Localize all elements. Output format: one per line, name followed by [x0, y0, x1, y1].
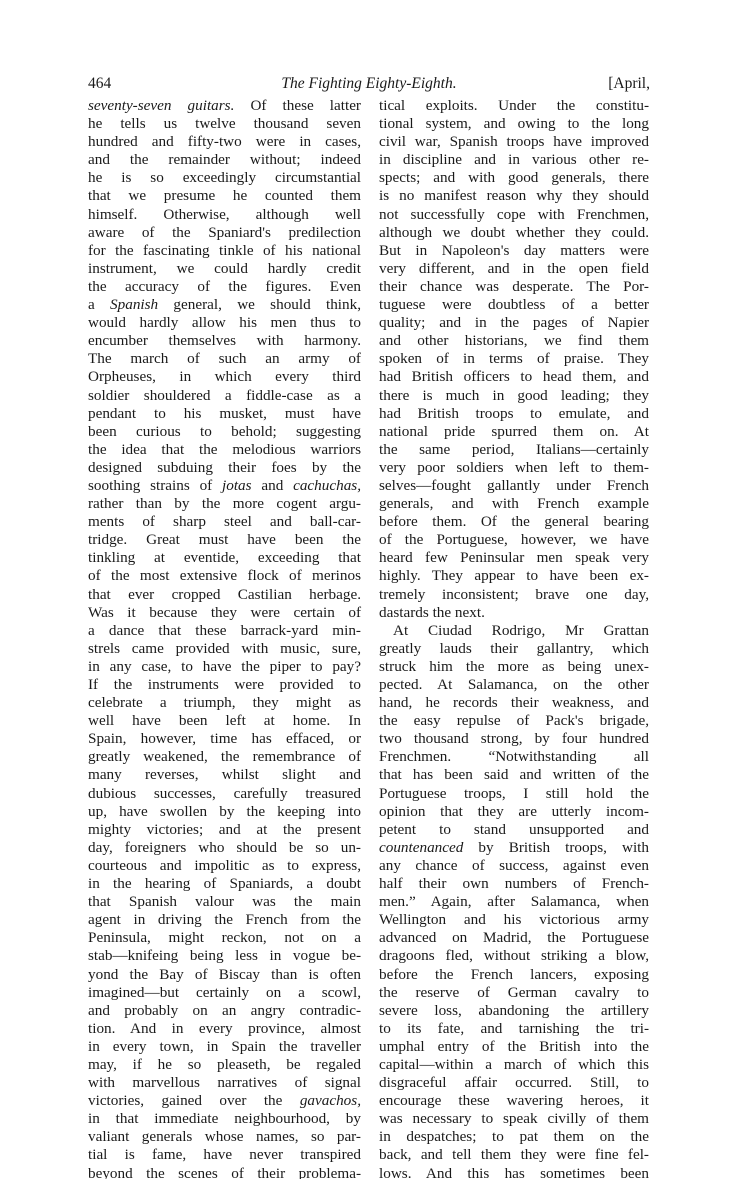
italic-text: countenanced — [379, 839, 463, 856]
text-line: before the French lancers, exposing — [379, 966, 649, 984]
text-segment: greatly lauds their gallantry, which — [379, 640, 649, 657]
text-segment: tremely inconsistent; brave one day, — [379, 586, 649, 603]
text-segment: stab—knifeing being less in vogue be- — [88, 947, 361, 964]
text-segment: before the French lancers, exposing — [379, 966, 649, 983]
text-segment: in despatches; to pat them on the — [379, 1128, 649, 1145]
text-line: stab—knifeing being less in vogue be- — [88, 947, 361, 965]
text-segment: men.” Again, after Salamanca, when — [379, 893, 649, 910]
text-line: before them. Of the general bearing — [379, 513, 649, 531]
text-segment: highly. They appear to have been ex- — [379, 567, 649, 584]
text-segment: victories, gained over the — [88, 1092, 300, 1109]
text-line: valiant generals whose names, so par- — [88, 1128, 361, 1146]
text-line: victories, gained over the gavachos, — [88, 1092, 361, 1110]
text-segment: day, foreigners who should be so un- — [88, 839, 361, 856]
text-line: very poor soldiers when left to them- — [379, 459, 649, 477]
text-line: hundred and fifty-two were in cases, — [88, 133, 361, 151]
text-line: that ever cropped Castilian herbage. — [88, 586, 361, 604]
running-title: The Fighting Eighty-Eighth. — [88, 75, 650, 93]
text-segment: that ever cropped Castilian herbage. — [88, 586, 361, 603]
text-segment: advanced on Madrid, the Portuguese — [379, 929, 649, 946]
text-segment: designed subduing their foes by the — [88, 459, 361, 476]
text-segment: before them. Of the general bearing — [379, 513, 649, 530]
text-segment: and the remainder without; indeed — [88, 151, 361, 168]
text-segment: But in Napoleon's day matters were — [379, 242, 649, 259]
text-segment: in discipline and in various other re- — [379, 151, 649, 168]
italic-text: gavachos, — [300, 1092, 361, 1109]
text-line: their chance was desperate. The Por- — [379, 278, 649, 296]
text-segment: rather than by the more cogent argu- — [88, 495, 361, 512]
text-line: opinion that they are utterly incom- — [379, 803, 649, 821]
text-segment: well have been left at home. In — [88, 712, 361, 729]
text-segment: pected. At Salamanca, on the other — [379, 676, 649, 693]
text-segment: spects; and with good generals, there — [379, 169, 649, 186]
text-line: there is much in good leading; they — [379, 387, 649, 405]
text-segment: courteous and impolitic as to express, — [88, 857, 361, 874]
text-line: and other historians, we find them — [379, 332, 649, 350]
text-line: would hardly allow his men thus to — [88, 314, 361, 332]
text-segment: umphal entry of the British into the — [379, 1038, 649, 1055]
text-segment: not successfully cope with Frenchmen, — [379, 206, 649, 223]
text-segment: dragoons fled, without striking a blow, — [379, 947, 649, 964]
text-line: he tells us twelve thousand seven — [88, 115, 361, 133]
text-segment: there is much in good leading; they — [379, 387, 649, 404]
text-segment: petent to stand unsupported and — [379, 821, 649, 838]
text-line: rather than by the more cogent argu- — [88, 495, 361, 513]
text-line: well have been left at home. In — [88, 712, 361, 730]
text-segment: severe loss, abandoning the artillery — [379, 1002, 649, 1019]
text-line: any chance of success, against even — [379, 857, 649, 875]
text-line: But in Napoleon's day matters were — [379, 242, 649, 260]
text-segment: may, if he so pleaseth, be regaled — [88, 1056, 361, 1073]
text-line: although we doubt whether they could. — [379, 224, 649, 242]
text-line: tremely inconsistent; brave one day, — [379, 586, 649, 604]
text-segment: been curious to behold; suggesting — [88, 423, 361, 440]
text-line: a dance that these barrack-yard min- — [88, 622, 361, 640]
text-segment: tional system, and owing to the long — [379, 115, 649, 132]
text-line: not successfully cope with Frenchmen, — [379, 206, 649, 224]
text-line: tical exploits. Under the constitu- — [379, 97, 649, 115]
text-line: a Spanish general, we should think, — [88, 296, 361, 314]
text-segment: aware of the Spaniard's predilection — [88, 224, 361, 241]
text-line: encourage these wavering heroes, it — [379, 1092, 649, 1110]
text-segment: If the instruments were provided to — [88, 676, 361, 693]
text-segment: had British officers to head them, and — [379, 368, 649, 385]
text-line: the accuracy of the figures. Even — [88, 278, 361, 296]
text-segment: pendant to his musket, must have — [88, 405, 361, 422]
text-segment: of the Portuguese, however, we have — [379, 531, 649, 548]
text-line: and the remainder without; indeed — [88, 151, 361, 169]
text-segment: tinkling at eventide, exceeding that — [88, 549, 361, 566]
text-segment: disgraceful affair occurred. Still, to — [379, 1074, 649, 1091]
text-line: petent to stand unsupported and — [379, 821, 649, 839]
text-line: Peninsula, might reckon, not on a — [88, 929, 361, 947]
text-segment: selves—fought gallantly under French — [379, 477, 649, 494]
italic-text: cachuchas, — [293, 477, 361, 494]
text-segment: yond the Bay of Biscay than is often — [88, 966, 361, 983]
text-line: countenanced by British troops, with — [379, 839, 649, 857]
text-segment: that we presume he counted them — [88, 187, 361, 204]
text-segment: the idea that the melodious warriors — [88, 441, 361, 458]
text-line: advanced on Madrid, the Portuguese — [379, 929, 649, 947]
text-line: instrument, we could hardly credit — [88, 260, 361, 278]
text-segment: the same period, Italians—certainly — [379, 441, 649, 458]
text-line: civil war, Spanish troops have improved — [379, 133, 649, 151]
text-line: seventy-seven guitars. Of these latter — [88, 97, 361, 115]
text-line: may, if he so pleaseth, be regaled — [88, 1056, 361, 1074]
text-segment: capital—within a march of which this — [379, 1056, 649, 1073]
text-line: had British officers to head them, and — [379, 368, 649, 386]
text-line: tion. And in every province, almost — [88, 1020, 361, 1038]
text-line: tuguese were doubtless of a better — [379, 296, 649, 314]
text-line: lows. And this has sometimes been — [379, 1165, 649, 1179]
text-segment: in that immediate neighbourhood, by — [88, 1110, 361, 1127]
text-segment: he is so exceedingly circumstantial — [88, 169, 361, 186]
text-line: ments of sharp steel and ball-car- — [88, 513, 361, 531]
text-line: dragoons fled, without striking a blow, — [379, 947, 649, 965]
text-segment: lows. And this has sometimes been — [379, 1165, 649, 1179]
text-line: had British troops to emulate, and — [379, 405, 649, 423]
text-line: soldier shouldered a fiddle-case as a — [88, 387, 361, 405]
text-line: greatly lauds their gallantry, which — [379, 640, 649, 658]
text-segment: tion. And in every province, almost — [88, 1020, 361, 1037]
text-line: that Spanish valour was the main — [88, 893, 361, 911]
text-line: courteous and impolitic as to express, — [88, 857, 361, 875]
text-line: he is so exceedingly circumstantial — [88, 169, 361, 187]
text-line: that has been said and written of the — [379, 766, 649, 784]
text-segment: At Ciudad Rodrigo, Mr Grattan — [393, 622, 649, 639]
text-segment: although we doubt whether they could. — [379, 224, 649, 241]
text-segment: with marvellous narratives of signal — [88, 1074, 361, 1091]
text-segment: two thousand strong, by four hundred — [379, 730, 649, 747]
text-segment: struck him the more as being unex- — [379, 658, 649, 675]
text-line: severe loss, abandoning the artillery — [379, 1002, 649, 1020]
text-line: day, foreigners who should be so un- — [88, 839, 361, 857]
text-segment: heard few Peninsular men speak very — [379, 549, 649, 566]
text-line: designed subduing their foes by the — [88, 459, 361, 477]
text-line: dubious successes, carefully treasured — [88, 785, 361, 803]
italic-text: jotas — [222, 477, 252, 494]
text-line: highly. They appear to have been ex- — [379, 567, 649, 585]
text-segment: beyond the scenes of their problema- — [88, 1165, 361, 1179]
text-line: selves—fought gallantly under French — [379, 477, 649, 495]
text-line: up, have swollen by the keeping into — [88, 803, 361, 821]
text-segment: back, and tell them they were fine fel- — [379, 1146, 649, 1163]
text-segment: national pride spurred them on. At — [379, 423, 649, 440]
text-segment: of the most extensive flock of merinos — [88, 567, 361, 584]
text-line: generals, and with French example — [379, 495, 649, 513]
text-segment: spoken of in terms of praise. They — [379, 350, 649, 367]
text-segment: is no manifest reason why they should — [379, 187, 649, 204]
text-line: been curious to behold; suggesting — [88, 423, 361, 441]
text-segment: had British troops to emulate, and — [379, 405, 649, 422]
text-line: imagined—but certainly on a scowl, — [88, 984, 361, 1002]
text-line: half their own numbers of French- — [379, 875, 649, 893]
text-segment: valiant generals whose names, so par- — [88, 1128, 361, 1145]
document-page: The Fighting Eighty-Eighth. 464 [April, … — [0, 0, 750, 1179]
text-line: for the fascinating tinkle of his nation… — [88, 242, 361, 260]
text-segment: many reverses, whilst slight and — [88, 766, 361, 783]
text-segment: in every town, in Spain the traveller — [88, 1038, 361, 1055]
text-line: capital—within a march of which this — [379, 1056, 649, 1074]
text-line: umphal entry of the British into the — [379, 1038, 649, 1056]
text-segment: quality; and in the pages of Napier — [379, 314, 649, 331]
text-line: the same period, Italians—certainly — [379, 441, 649, 459]
text-segment: tial is fame, have never transpired — [88, 1146, 361, 1163]
text-line: disgraceful affair occurred. Still, to — [379, 1074, 649, 1092]
text-line: tridge. Great must have been the — [88, 531, 361, 549]
text-segment: Peninsula, might reckon, not on a — [88, 929, 361, 946]
text-segment: dubious successes, carefully treasured — [88, 785, 361, 802]
text-line: mighty victories; and at the present — [88, 821, 361, 839]
text-line: Was it because they were certain of — [88, 604, 361, 622]
text-segment: that has been said and written of the — [379, 766, 649, 783]
text-line: heard few Peninsular men speak very — [379, 549, 649, 567]
text-line: in that immediate neighbourhood, by — [88, 1110, 361, 1128]
text-line: soothing strains of jotas and cachuchas, — [88, 477, 361, 495]
text-line: of the most extensive flock of merinos — [88, 567, 361, 585]
text-line: himself. Otherwise, although well — [88, 206, 361, 224]
text-segment: to its fate, and tarnishing the tri- — [379, 1020, 649, 1037]
text-line: back, and tell them they were fine fel- — [379, 1146, 649, 1164]
text-line: hand, he records their weakness, and — [379, 694, 649, 712]
text-segment: ments of sharp steel and ball-car- — [88, 513, 361, 530]
text-line: quality; and in the pages of Napier — [379, 314, 649, 332]
text-segment: was necessary to speak civilly of them — [379, 1110, 649, 1127]
text-segment: tridge. Great must have been the — [88, 531, 361, 548]
left-text-column: seventy-seven guitars. Of these latterhe… — [88, 97, 361, 1179]
text-segment: a — [88, 296, 110, 313]
text-segment: in any case, to have the piper to pay? — [88, 658, 361, 675]
text-segment: Was it because they were certain of — [88, 604, 361, 621]
text-line: spoken of in terms of praise. They — [379, 350, 649, 368]
text-line: tial is fame, have never transpired — [88, 1146, 361, 1164]
text-line: the easy repulse of Pack's brigade, — [379, 712, 649, 730]
text-segment: The march of such an army of — [88, 350, 361, 367]
text-line: encumber themselves with harmony. — [88, 332, 361, 350]
text-line: was necessary to speak civilly of them — [379, 1110, 649, 1128]
text-segment: their chance was desperate. The Por- — [379, 278, 649, 295]
text-segment: Wellington and his victorious army — [379, 911, 649, 928]
text-line: the idea that the melodious warriors — [88, 441, 361, 459]
text-line: pected. At Salamanca, on the other — [379, 676, 649, 694]
text-segment: tuguese were doubtless of a better — [379, 296, 649, 313]
text-line: spects; and with good generals, there — [379, 169, 649, 187]
text-segment: soothing strains of — [88, 477, 222, 494]
text-line: greatly weakened, the remembrance of — [88, 748, 361, 766]
text-line: in despatches; to pat them on the — [379, 1128, 649, 1146]
italic-text: seventy-seven guitars. — [88, 97, 234, 114]
text-segment: tical exploits. Under the constitu- — [379, 97, 649, 114]
text-segment: and probably on an angry contradic- — [88, 1002, 361, 1019]
page-header: The Fighting Eighty-Eighth. 464 [April, — [88, 75, 650, 95]
text-line: very different, and in the open field — [379, 260, 649, 278]
text-line: agent in driving the French from the — [88, 911, 361, 929]
text-line: many reverses, whilst slight and — [88, 766, 361, 784]
text-line: The march of such an army of — [88, 350, 361, 368]
text-segment: he tells us twelve thousand seven — [88, 115, 361, 132]
italic-text: Spanish — [110, 296, 158, 313]
text-segment: a dance that these barrack-yard min- — [88, 622, 361, 639]
text-segment: celebrate a triumph, they might as — [88, 694, 361, 711]
text-segment: Spain, however, time has effaced, or — [88, 730, 361, 747]
text-segment: and other historians, we find them — [379, 332, 649, 349]
text-line: and probably on an angry contradic- — [88, 1002, 361, 1020]
text-line: tinkling at eventide, exceeding that — [88, 549, 361, 567]
text-segment: generals, and with French example — [379, 495, 649, 512]
text-line: Wellington and his victorious army — [379, 911, 649, 929]
text-segment: in the hearing of Spaniards, a doubt — [88, 875, 361, 892]
text-line: dastards the next. — [379, 604, 649, 622]
text-segment: soldier shouldered a fiddle-case as a — [88, 387, 361, 404]
text-line: Frenchmen. “Notwithstanding all — [379, 748, 649, 766]
text-line: with marvellous narratives of signal — [88, 1074, 361, 1092]
text-segment: encourage these wavering heroes, it — [379, 1092, 649, 1109]
text-line: in any case, to have the piper to pay? — [88, 658, 361, 676]
text-segment: very different, and in the open field — [379, 260, 649, 277]
text-line: tional system, and owing to the long — [379, 115, 649, 133]
text-segment: hundred and fifty-two were in cases, — [88, 133, 361, 150]
page-number: 464 — [88, 75, 111, 93]
text-segment: Frenchmen. “Notwithstanding all — [379, 748, 649, 765]
text-line: men.” Again, after Salamanca, when — [379, 893, 649, 911]
text-line: Spain, however, time has effaced, or — [88, 730, 361, 748]
text-segment: for the fascinating tinkle of his nation… — [88, 242, 361, 259]
right-text-column: tical exploits. Under the constitu-tiona… — [379, 97, 649, 1179]
text-line: in every town, in Spain the traveller — [88, 1038, 361, 1056]
text-line: national pride spurred them on. At — [379, 423, 649, 441]
text-segment: the accuracy of the figures. Even — [88, 278, 361, 295]
text-line: celebrate a triumph, they might as — [88, 694, 361, 712]
text-segment: Orpheuses, in which every third — [88, 368, 361, 385]
text-segment: himself. Otherwise, although well — [88, 206, 361, 223]
text-segment: the reserve of German cavalry to — [379, 984, 649, 1001]
running-date: [April, — [608, 75, 650, 93]
text-line: in the hearing of Spaniards, a doubt — [88, 875, 361, 893]
text-line: If the instruments were provided to — [88, 676, 361, 694]
text-line: struck him the more as being unex- — [379, 658, 649, 676]
text-line: yond the Bay of Biscay than is often — [88, 966, 361, 984]
text-segment: very poor soldiers when left to them- — [379, 459, 649, 476]
text-segment: mighty victories; and at the present — [88, 821, 361, 838]
text-segment: imagined—but certainly on a scowl, — [88, 984, 361, 1001]
text-segment: Of these latter — [234, 97, 361, 114]
text-segment: strels came provided with music, sure, — [88, 640, 361, 657]
text-segment: greatly weakened, the remembrance of — [88, 748, 361, 765]
text-line: aware of the Spaniard's predilection — [88, 224, 361, 242]
text-segment: hand, he records their weakness, and — [379, 694, 649, 711]
text-segment: dastards the next. — [379, 604, 485, 621]
text-line: At Ciudad Rodrigo, Mr Grattan — [379, 622, 649, 640]
text-segment: up, have swollen by the keeping into — [88, 803, 361, 820]
text-segment: and — [252, 477, 294, 494]
text-segment: encumber themselves with harmony. — [88, 332, 361, 349]
text-segment: opinion that they are utterly incom- — [379, 803, 649, 820]
text-line: Portuguese troops, I still hold the — [379, 785, 649, 803]
text-segment: the easy repulse of Pack's brigade, — [379, 712, 649, 729]
text-segment: instrument, we could hardly credit — [88, 260, 361, 277]
text-line: strels came provided with music, sure, — [88, 640, 361, 658]
text-line: is no manifest reason why they should — [379, 187, 649, 205]
text-line: to its fate, and tarnishing the tri- — [379, 1020, 649, 1038]
text-segment: that Spanish valour was the main — [88, 893, 361, 910]
text-line: in discipline and in various other re- — [379, 151, 649, 169]
text-segment: general, we should think, — [158, 296, 361, 313]
text-line: two thousand strong, by four hundred — [379, 730, 649, 748]
text-segment: half their own numbers of French- — [379, 875, 649, 892]
text-line: the reserve of German cavalry to — [379, 984, 649, 1002]
text-segment: any chance of success, against even — [379, 857, 649, 874]
text-line: of the Portuguese, however, we have — [379, 531, 649, 549]
text-line: Orpheuses, in which every third — [88, 368, 361, 386]
text-line: that we presume he counted them — [88, 187, 361, 205]
text-segment: would hardly allow his men thus to — [88, 314, 361, 331]
text-line: pendant to his musket, must have — [88, 405, 361, 423]
text-segment: by British troops, with — [463, 839, 649, 856]
text-segment: Portuguese troops, I still hold the — [379, 785, 649, 802]
text-segment: agent in driving the French from the — [88, 911, 361, 928]
text-segment: civil war, Spanish troops have improved — [379, 133, 649, 150]
text-line: beyond the scenes of their problema- — [88, 1165, 361, 1179]
